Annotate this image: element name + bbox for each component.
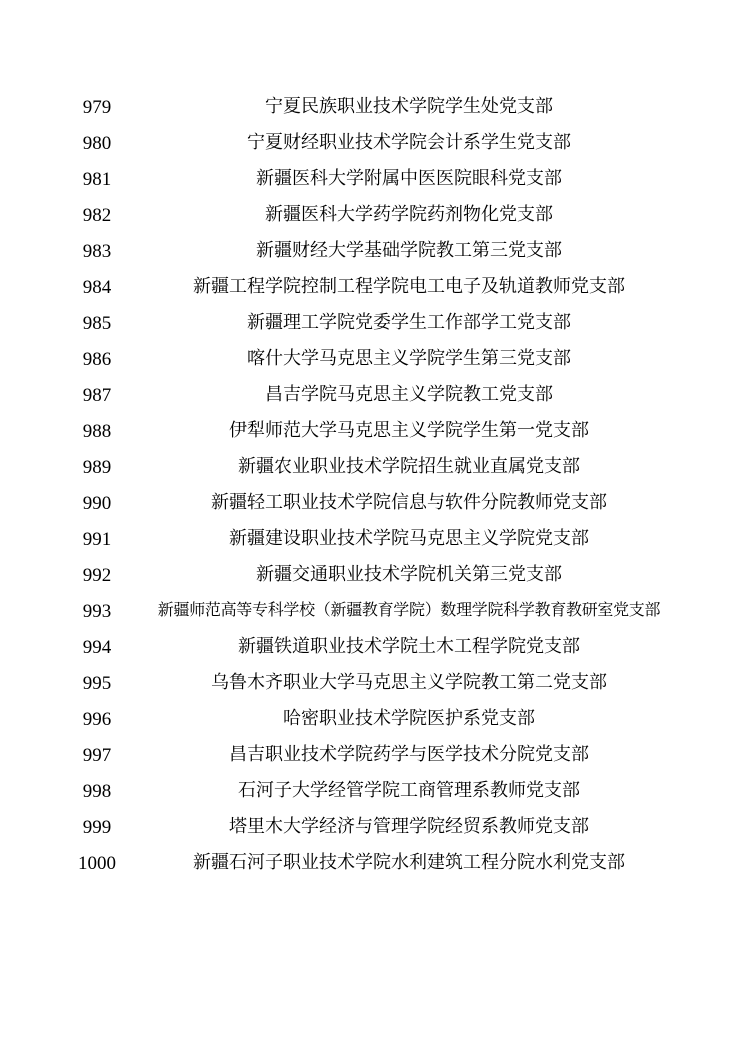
branch-name: 新疆交通职业技术学院机关第三党支部 [135, 564, 683, 586]
document-page: 979宁夏民族职业技术学院学生处党支部980宁夏财经职业技术学院会计系学生党支部… [0, 0, 750, 1061]
row-number: 984 [59, 278, 135, 297]
branch-name: 新疆财经大学基础学院教工第三党支部 [135, 240, 683, 262]
branch-name: 新疆工程学院控制工程学院电工电子及轨道教师党支部 [135, 276, 683, 298]
row-number: 990 [59, 494, 135, 513]
branch-name: 宁夏财经职业技术学院会计系学生党支部 [135, 132, 683, 154]
table-row: 982新疆医科大学药学院药剂物化党支部 [0, 197, 750, 233]
table-row: 985新疆理工学院党委学生工作部学工党支部 [0, 305, 750, 341]
table-row: 993新疆师范高等专科学校（新疆教育学院）数理学院科学教育教研室党支部 [0, 593, 750, 629]
row-number: 996 [59, 710, 135, 729]
branch-name: 新疆铁道职业技术学院土木工程学院党支部 [135, 636, 683, 658]
branch-name: 乌鲁木齐职业大学马克思主义学院教工第二党支部 [135, 672, 683, 694]
branch-name: 新疆医科大学附属中医医院眼科党支部 [135, 168, 683, 190]
row-number: 991 [59, 530, 135, 549]
branch-name: 新疆农业职业技术学院招生就业直属党支部 [135, 456, 683, 478]
table-row: 984新疆工程学院控制工程学院电工电子及轨道教师党支部 [0, 269, 750, 305]
branch-name: 塔里木大学经济与管理学院经贸系教师党支部 [135, 816, 683, 838]
table-row: 979宁夏民族职业技术学院学生处党支部 [0, 89, 750, 125]
table-row: 994新疆铁道职业技术学院土木工程学院党支部 [0, 629, 750, 665]
table-row: 987昌吉学院马克思主义学院教工党支部 [0, 377, 750, 413]
row-number: 983 [59, 242, 135, 261]
branch-name: 新疆医科大学药学院药剂物化党支部 [135, 204, 683, 226]
branch-name: 昌吉学院马克思主义学院教工党支部 [135, 384, 683, 406]
branch-name: 新疆建设职业技术学院马克思主义学院党支部 [135, 528, 683, 550]
row-number: 987 [59, 386, 135, 405]
row-number: 1000 [59, 854, 135, 873]
table-row: 992新疆交通职业技术学院机关第三党支部 [0, 557, 750, 593]
row-number: 995 [59, 674, 135, 693]
row-number: 997 [59, 746, 135, 765]
branch-name: 伊犁师范大学马克思主义学院学生第一党支部 [135, 420, 683, 442]
row-number: 989 [59, 458, 135, 477]
party-branch-list: 979宁夏民族职业技术学院学生处党支部980宁夏财经职业技术学院会计系学生党支部… [0, 89, 750, 881]
table-row: 983新疆财经大学基础学院教工第三党支部 [0, 233, 750, 269]
branch-name: 宁夏民族职业技术学院学生处党支部 [135, 96, 683, 118]
row-number: 999 [59, 818, 135, 837]
table-row: 986喀什大学马克思主义学院学生第三党支部 [0, 341, 750, 377]
row-number: 982 [59, 206, 135, 225]
row-number: 986 [59, 350, 135, 369]
branch-name: 石河子大学经管学院工商管理系教师党支部 [135, 780, 683, 802]
branch-name: 新疆石河子职业技术学院水利建筑工程分院水利党支部 [135, 852, 683, 874]
row-number: 988 [59, 422, 135, 441]
branch-name: 昌吉职业技术学院药学与医学技术分院党支部 [135, 744, 683, 766]
table-row: 997昌吉职业技术学院药学与医学技术分院党支部 [0, 737, 750, 773]
table-row: 991新疆建设职业技术学院马克思主义学院党支部 [0, 521, 750, 557]
table-row: 989新疆农业职业技术学院招生就业直属党支部 [0, 449, 750, 485]
row-number: 985 [59, 314, 135, 333]
table-row: 988伊犁师范大学马克思主义学院学生第一党支部 [0, 413, 750, 449]
table-row: 981新疆医科大学附属中医医院眼科党支部 [0, 161, 750, 197]
row-number: 994 [59, 638, 135, 657]
branch-name: 喀什大学马克思主义学院学生第三党支部 [135, 348, 683, 370]
row-number: 981 [59, 170, 135, 189]
table-row: 1000新疆石河子职业技术学院水利建筑工程分院水利党支部 [0, 845, 750, 881]
table-row: 999塔里木大学经济与管理学院经贸系教师党支部 [0, 809, 750, 845]
branch-name: 新疆轻工职业技术学院信息与软件分院教师党支部 [135, 492, 683, 514]
branch-name: 哈密职业技术学院医护系党支部 [135, 708, 683, 730]
row-number: 979 [59, 98, 135, 117]
branch-name: 新疆师范高等专科学校（新疆教育学院）数理学院科学教育教研室党支部 [135, 601, 683, 620]
row-number: 993 [59, 602, 135, 621]
table-row: 995乌鲁木齐职业大学马克思主义学院教工第二党支部 [0, 665, 750, 701]
row-number: 980 [59, 134, 135, 153]
table-row: 998石河子大学经管学院工商管理系教师党支部 [0, 773, 750, 809]
table-row: 990新疆轻工职业技术学院信息与软件分院教师党支部 [0, 485, 750, 521]
table-row: 996哈密职业技术学院医护系党支部 [0, 701, 750, 737]
row-number: 998 [59, 782, 135, 801]
table-row: 980宁夏财经职业技术学院会计系学生党支部 [0, 125, 750, 161]
branch-name: 新疆理工学院党委学生工作部学工党支部 [135, 312, 683, 334]
row-number: 992 [59, 566, 135, 585]
